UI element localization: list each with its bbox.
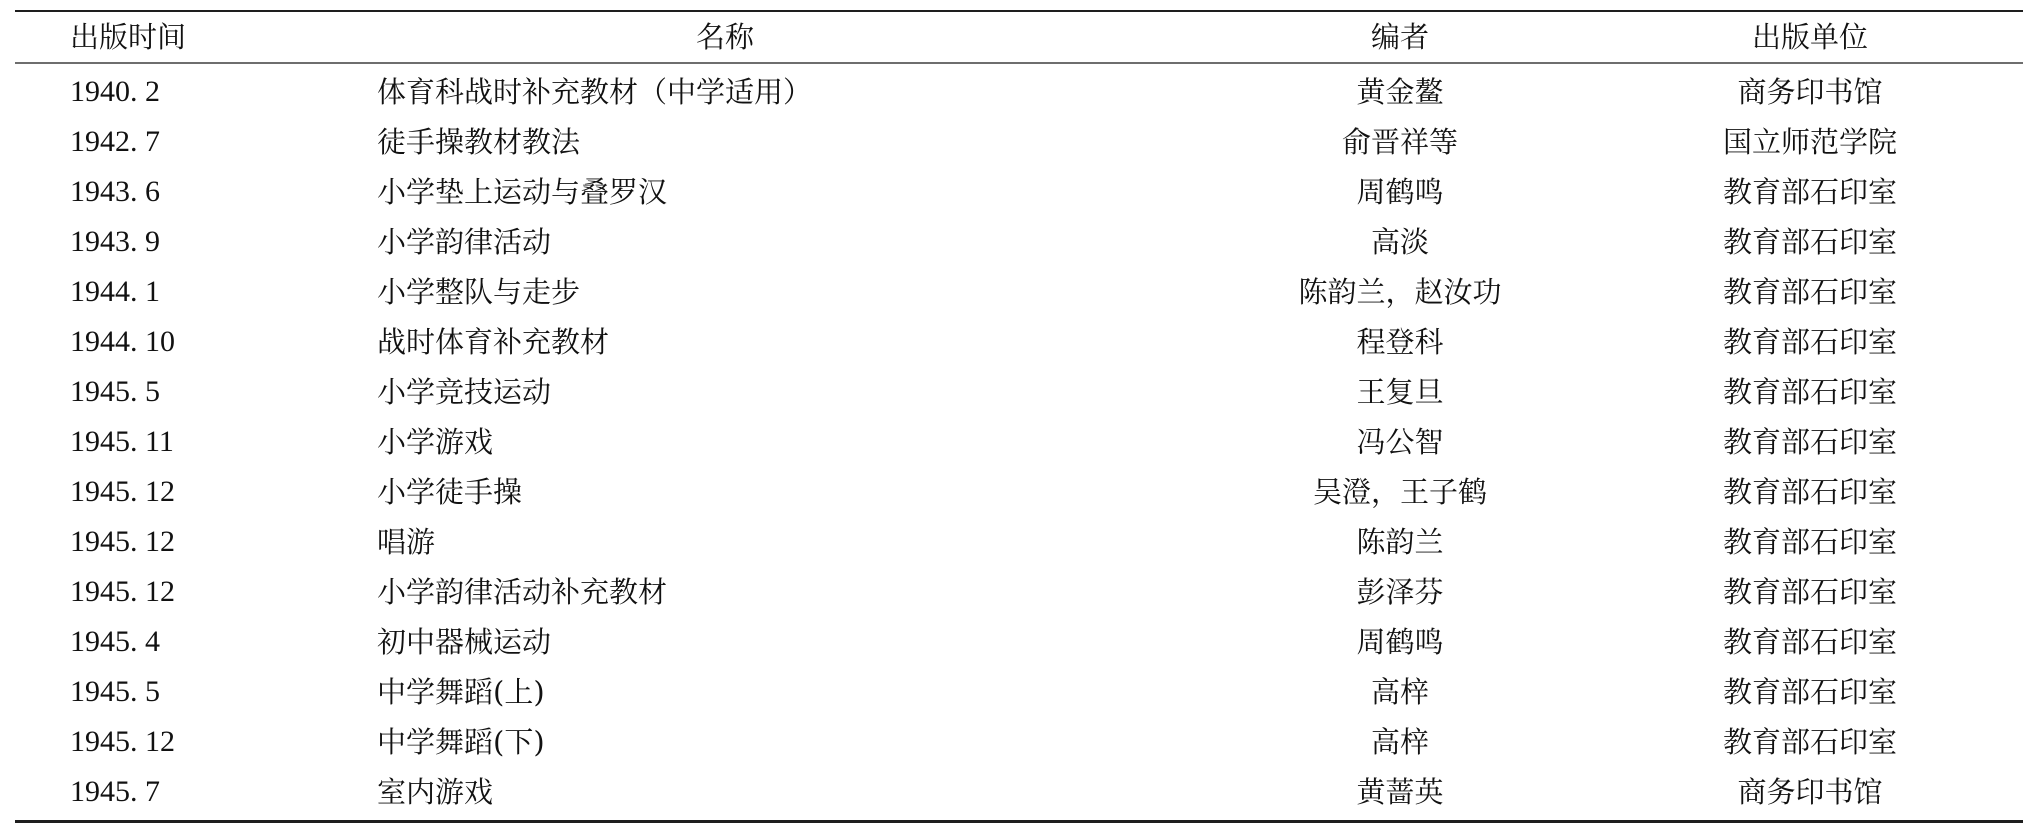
cell-date: 1945. 5: [70, 667, 160, 717]
cell-date: 1942. 7: [70, 117, 160, 167]
table-bottom-rule: [15, 820, 2023, 823]
table-row: 1943. 6 小学垫上运动与叠罗汉 周鹤鸣 教育部石印室: [15, 167, 2023, 217]
cell-title: 小学韵律活动补充教材: [377, 567, 667, 617]
cell-date: 1944. 1: [70, 267, 160, 317]
cell-title: 体育科战时补充教材（中学适用）: [377, 67, 812, 117]
cell-title: 小学竞技运动: [377, 367, 551, 417]
cell-publisher: 教育部石印室: [1625, 617, 1995, 667]
cell-date: 1945. 12: [70, 567, 175, 617]
cell-date: 1945. 4: [70, 617, 160, 667]
table-row: 1945. 12 小学韵律活动补充教材 彭泽芬 教育部石印室: [15, 567, 2023, 617]
cell-title: 小学整队与走步: [377, 267, 580, 317]
cell-date: 1945. 12: [70, 517, 175, 567]
cell-title: 小学垫上运动与叠罗汉: [377, 167, 667, 217]
cell-publisher: 教育部石印室: [1625, 467, 1995, 517]
cell-publisher: 教育部石印室: [1625, 267, 1995, 317]
cell-title: 小学徒手操: [377, 467, 522, 517]
header-publisher: 出版单位: [1625, 12, 1995, 62]
header-editor: 编者: [1210, 12, 1590, 62]
cell-title: 徒手操教材教法: [377, 117, 580, 167]
cell-date: 1945. 12: [70, 717, 175, 767]
table-row: 1945. 12 唱游 陈韵兰 教育部石印室: [15, 517, 2023, 567]
cell-date: 1943. 6: [70, 167, 160, 217]
cell-publisher: 教育部石印室: [1625, 167, 1995, 217]
table-row: 1945. 12 小学徒手操 吴澄，王子鹤 教育部石印室: [15, 467, 2023, 517]
table-row: 1945. 12 中学舞蹈(下) 高梓 教育部石印室: [15, 717, 2023, 767]
cell-editor: 陈韵兰，赵汝功: [1210, 267, 1590, 317]
cell-title: 室内游戏: [377, 767, 493, 817]
cell-title: 唱游: [377, 517, 435, 567]
cell-editor: 高梓: [1210, 667, 1590, 717]
cell-date: 1944. 10: [70, 317, 175, 367]
cell-editor: 高淡: [1210, 217, 1590, 267]
cell-publisher: 商务印书馆: [1625, 67, 1995, 117]
cell-title: 中学舞蹈(上): [377, 667, 545, 717]
cell-publisher: 教育部石印室: [1625, 717, 1995, 767]
cell-date: 1945. 5: [70, 367, 160, 417]
table-row: 1944. 10 战时体育补充教材 程登科 教育部石印室: [15, 317, 2023, 367]
cell-publisher: 教育部石印室: [1625, 567, 1995, 617]
table-row: 1944. 1 小学整队与走步 陈韵兰，赵汝功 教育部石印室: [15, 267, 2023, 317]
table-row: 1945. 7 室内游戏 黄蔷英 商务印书馆: [15, 767, 2023, 817]
publications-table: 出版时间 名称 编者 出版单位 1940. 2 体育科战时补充教材（中学适用） …: [15, 10, 2023, 823]
header-date: 出版时间: [70, 12, 186, 62]
cell-editor: 吴澄，王子鹤: [1210, 467, 1590, 517]
cell-date: 1940. 2: [70, 67, 160, 117]
cell-editor: 黄金鳌: [1210, 67, 1590, 117]
cell-publisher: 教育部石印室: [1625, 417, 1995, 467]
table-row: 1945. 5 中学舞蹈(上) 高梓 教育部石印室: [15, 667, 2023, 717]
table-row: 1940. 2 体育科战时补充教材（中学适用） 黄金鳌 商务印书馆: [15, 67, 2023, 117]
header-title: 名称: [575, 12, 875, 62]
cell-editor: 陈韵兰: [1210, 517, 1590, 567]
cell-date: 1945. 7: [70, 767, 160, 817]
table-row: 1942. 7 徒手操教材教法 俞晋祥等 国立师范学院: [15, 117, 2023, 167]
cell-date: 1945. 12: [70, 467, 175, 517]
table-header-row: 出版时间 名称 编者 出版单位: [15, 12, 2023, 62]
cell-title: 战时体育补充教材: [377, 317, 609, 367]
cell-editor: 周鹤鸣: [1210, 167, 1590, 217]
cell-title: 小学游戏: [377, 417, 493, 467]
cell-date: 1943. 9: [70, 217, 160, 267]
cell-publisher: 教育部石印室: [1625, 217, 1995, 267]
cell-publisher: 商务印书馆: [1625, 767, 1995, 817]
cell-editor: 王复旦: [1210, 367, 1590, 417]
cell-editor: 彭泽芬: [1210, 567, 1590, 617]
cell-title: 小学韵律活动: [377, 217, 551, 267]
table-row: 1945. 5 小学竞技运动 王复旦 教育部石印室: [15, 367, 2023, 417]
cell-publisher: 教育部石印室: [1625, 317, 1995, 367]
cell-editor: 俞晋祥等: [1210, 117, 1590, 167]
cell-publisher: 国立师范学院: [1625, 117, 1995, 167]
cell-publisher: 教育部石印室: [1625, 667, 1995, 717]
cell-publisher: 教育部石印室: [1625, 517, 1995, 567]
cell-publisher: 教育部石印室: [1625, 367, 1995, 417]
cell-editor: 黄蔷英: [1210, 767, 1590, 817]
cell-editor: 周鹤鸣: [1210, 617, 1590, 667]
table-row: 1945. 11 小学游戏 冯公智 教育部石印室: [15, 417, 2023, 467]
table-row: 1945. 4 初中器械运动 周鹤鸣 教育部石印室: [15, 617, 2023, 667]
cell-editor: 冯公智: [1210, 417, 1590, 467]
cell-editor: 程登科: [1210, 317, 1590, 367]
cell-editor: 高梓: [1210, 717, 1590, 767]
cell-title: 初中器械运动: [377, 617, 551, 667]
cell-date: 1945. 11: [70, 417, 174, 467]
table-row: 1943. 9 小学韵律活动 高淡 教育部石印室: [15, 217, 2023, 267]
cell-title: 中学舞蹈(下): [377, 717, 545, 767]
table-body: 1940. 2 体育科战时补充教材（中学适用） 黄金鳌 商务印书馆 1942. …: [15, 64, 2023, 820]
